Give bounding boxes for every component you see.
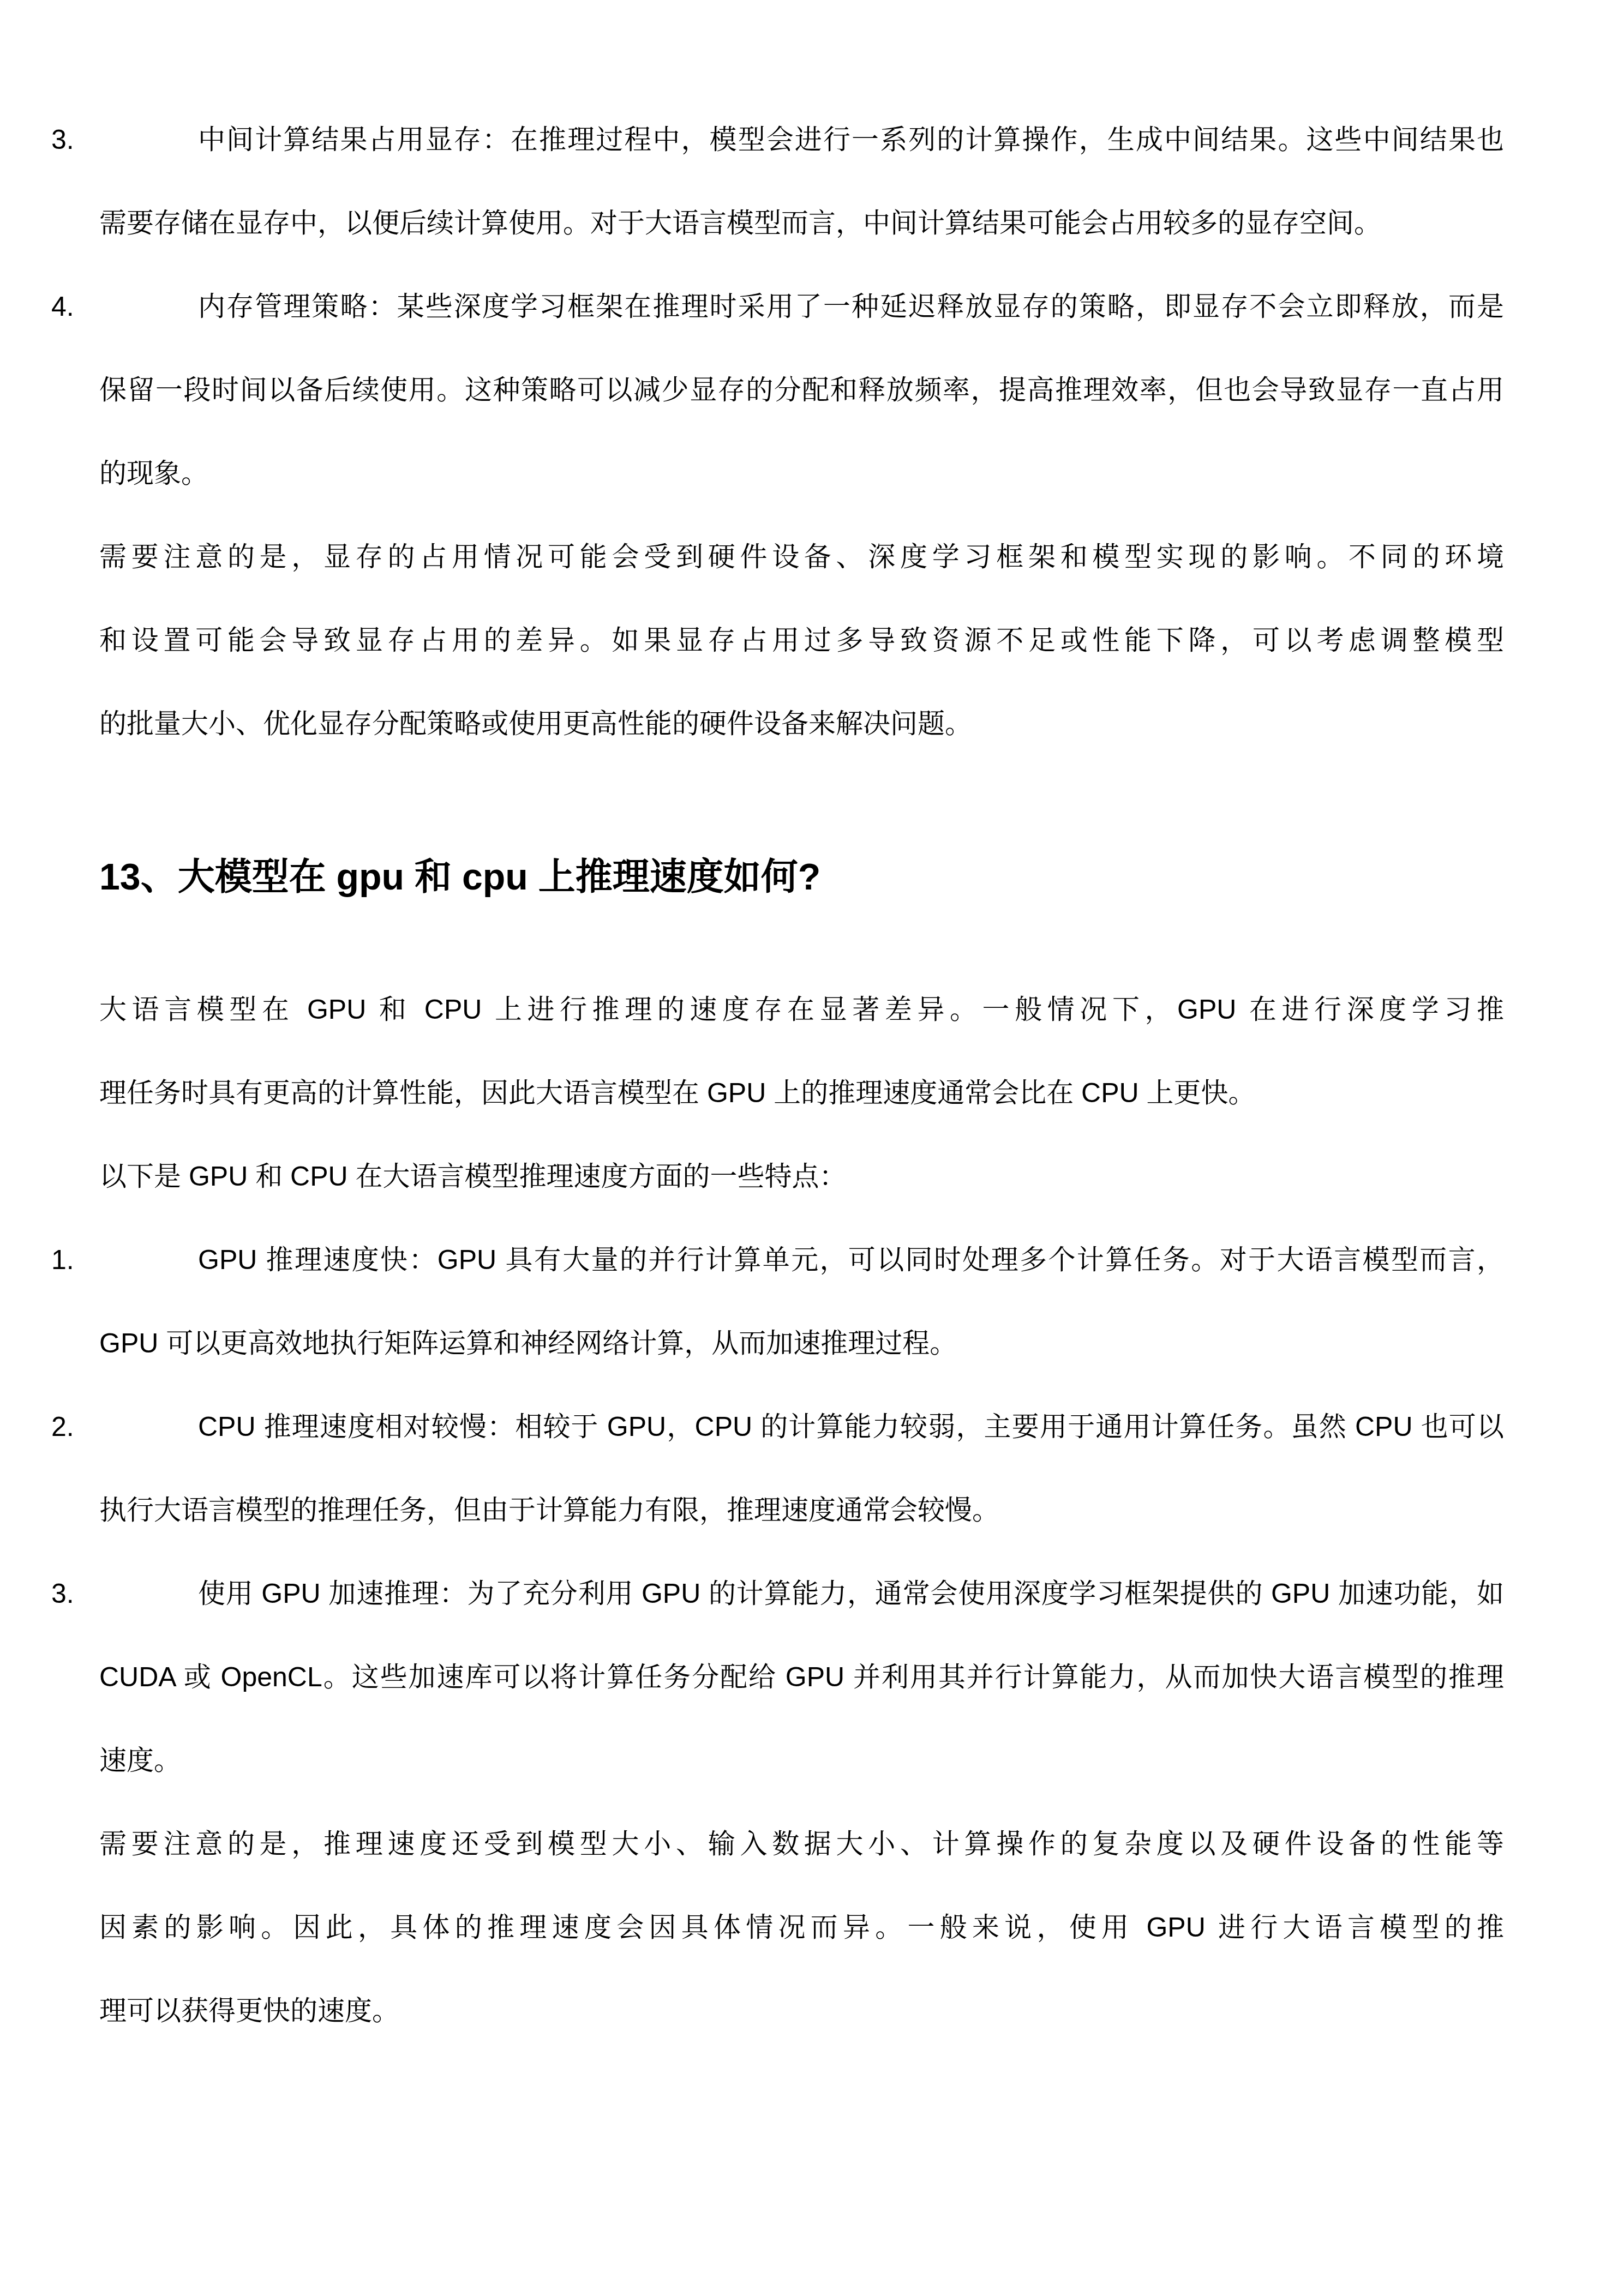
- numbered-item-speed-2: 2. CPU 推理速度相对较慢：相较于 GPU，CPU 的计算能力较弱，主要用于…: [99, 1385, 1504, 1552]
- paragraph-line: 以下是 GPU 和 CPU 在大语言模型推理速度方面的一些特点：: [99, 1135, 1504, 1218]
- list-item-text: 使用 GPU 加速推理：为了充分利用 GPU 的计算能力，通常会使用深度学习框架…: [198, 1578, 1504, 1609]
- numbered-item-speed-3: 3. 使用 GPU 加速推理：为了充分利用 GPU 的计算能力，通常会使用深度学…: [99, 1552, 1504, 1802]
- paragraph-line: 理任务时具有更高的计算性能，因此大语言模型在 GPU 上的推理速度通常会比在 C…: [99, 1051, 1504, 1135]
- list-item-line: 3. 使用 GPU 加速推理：为了充分利用 GPU 的计算能力，通常会使用深度学…: [99, 1552, 1504, 1636]
- list-item-text: CPU 推理速度相对较慢：相较于 GPU，CPU 的计算能力较弱，主要用于通用计…: [198, 1411, 1504, 1442]
- list-item-text: 中间计算结果占用显存：在推理过程中，模型会进行一系列的计算操作，生成中间结果。这…: [198, 124, 1504, 155]
- paragraph-speed-note: 需要注意的是，推理速度还受到模型大小、输入数据大小、计算操作的复杂度以及硬件设备…: [99, 1802, 1504, 2053]
- document-body: 3. 中间计算结果占用显存：在推理过程中，模型会进行一系列的计算操作，生成中间结…: [99, 98, 1504, 2053]
- list-item-text: 内存管理策略：某些深度学习框架在推理时采用了一种延迟释放显存的策略，即显存不会立…: [198, 291, 1504, 322]
- list-number: 4.: [51, 265, 100, 348]
- list-item-line: 速度。: [99, 1719, 1504, 1802]
- paragraph-line: 需要注意的是，显存的占用情况可能会受到硬件设备、深度学习框架和模型实现的影响。不…: [99, 515, 1504, 599]
- section-heading: 13、大模型在 gpu 和 cpu 上推理速度如何?: [99, 836, 1504, 919]
- list-item-line: 执行大语言模型的推理任务，但由于计算能力有限，推理速度通常会较慢。: [99, 1469, 1504, 1552]
- paragraph-line: 和设置可能会导致显存占用的差异。如果显存占用过多导致资源不足或性能下降，可以考虑…: [99, 599, 1504, 682]
- list-number: 3.: [51, 98, 100, 182]
- list-item-line: 的现象。: [99, 432, 1504, 515]
- paragraph-line: 的批量大小、优化显存分配策略或使用更高性能的硬件设备来解决问题。: [99, 682, 1504, 766]
- list-item-line: 4. 内存管理策略：某些深度学习框架在推理时采用了一种延迟释放显存的策略，即显存…: [99, 265, 1504, 348]
- list-item-line: CUDA 或 OpenCL。这些加速库可以将计算任务分配给 GPU 并利用其并行…: [99, 1636, 1504, 1719]
- numbered-item-memory-3: 3. 中间计算结果占用显存：在推理过程中，模型会进行一系列的计算操作，生成中间结…: [99, 98, 1504, 265]
- document-page-background: { "page": { "background": "#ffffff", "te…: [0, 0, 1624, 2296]
- paragraph-lead-in: 以下是 GPU 和 CPU 在大语言模型推理速度方面的一些特点：: [99, 1135, 1504, 1218]
- list-item-line: 保留一段时间以备后续使用。这种策略可以减少显存的分配和释放频率，提高推理效率，但…: [99, 348, 1504, 432]
- paragraph-intro: 大语言模型在 GPU 和 CPU 上进行推理的速度存在显著差异。一般情况下，GP…: [99, 968, 1504, 1135]
- list-item-line: 1. GPU 推理速度快：GPU 具有大量的并行计算单元，可以同时处理多个计算任…: [99, 1218, 1504, 1302]
- paragraph-memory-note: 需要注意的是，显存的占用情况可能会受到硬件设备、深度学习框架和模型实现的影响。不…: [99, 515, 1504, 766]
- paragraph-line: 因素的影响。因此，具体的推理速度会因具体情况而异。一般来说，使用 GPU 进行大…: [99, 1886, 1504, 1969]
- list-item-line: 需要存储在显存中，以便后续计算使用。对于大语言模型而言，中间计算结果可能会占用较…: [99, 182, 1504, 265]
- list-item-text: GPU 推理速度快：GPU 具有大量的并行计算单元，可以同时处理多个计算任务。对…: [198, 1245, 1504, 1275]
- numbered-item-speed-1: 1. GPU 推理速度快：GPU 具有大量的并行计算单元，可以同时处理多个计算任…: [99, 1218, 1504, 1385]
- paragraph-line: 大语言模型在 GPU 和 CPU 上进行推理的速度存在显著差异。一般情况下，GP…: [99, 968, 1504, 1051]
- paragraph-line: 需要注意的是，推理速度还受到模型大小、输入数据大小、计算操作的复杂度以及硬件设备…: [99, 1802, 1504, 1886]
- paragraph-line: 理可以获得更快的速度。: [99, 1969, 1504, 2053]
- list-number: 1.: [51, 1218, 100, 1302]
- numbered-item-memory-4: 4. 内存管理策略：某些深度学习框架在推理时采用了一种延迟释放显存的策略，即显存…: [99, 265, 1504, 515]
- list-item-line: GPU 可以更高效地执行矩阵运算和神经网络计算，从而加速推理过程。: [99, 1302, 1504, 1385]
- list-item-line: 2. CPU 推理速度相对较慢：相较于 GPU，CPU 的计算能力较弱，主要用于…: [99, 1385, 1504, 1469]
- list-number: 3.: [51, 1552, 100, 1636]
- list-item-line: 3. 中间计算结果占用显存：在推理过程中，模型会进行一系列的计算操作，生成中间结…: [99, 98, 1504, 182]
- list-number: 2.: [51, 1385, 100, 1469]
